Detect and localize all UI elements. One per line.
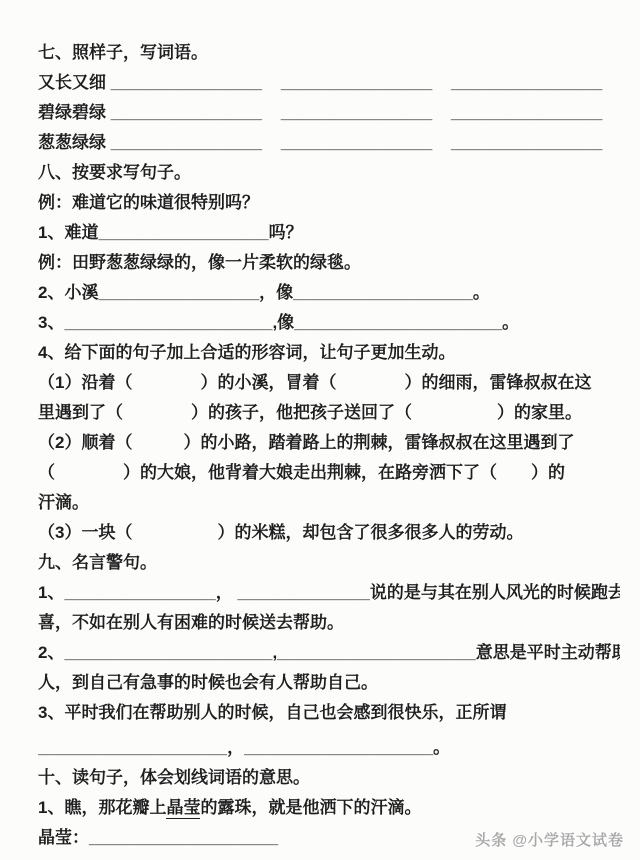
text-segment: （2）顺着（ ）的小路，踏着路上的荆棘，雷锋叔叔在这里遇到了 [38, 433, 574, 452]
s9-item-2-line-2: 人，到自己有急事的时候也会有人帮助自己。 [38, 672, 620, 694]
q4-item-1-line-2: 里遇到了（ ）的孩子，他把孩子送回了（ ）的家里。 [38, 402, 620, 424]
text-segment: 2、小溪_________________，像_________________… [38, 283, 490, 302]
text-segment: 碧绿碧绿 ________________ ________________ _… [38, 103, 602, 122]
fill-blank-1: 1、难道__________________吗？ [38, 222, 620, 244]
word-pattern-row-1: 又长又细 ________________ ________________ _… [38, 72, 620, 94]
text-segment: 十、读句子，体会划线词语的意思。 [38, 768, 310, 787]
section-7-heading: 七、照样子，写词语。 [38, 42, 620, 64]
text-segment: 例：难道它的味道很特别吗？ [38, 193, 259, 212]
text-segment: 喜，不如在别人有困难的时候送去帮助。 [38, 613, 344, 632]
worksheet-body: 七、照样子，写词语。又长又细 ________________ ________… [38, 42, 620, 849]
text-segment: 3、平时我们在帮助别人的时候，自己也会感到很快乐，正所谓 [38, 703, 506, 722]
text-segment: 汗滴。 [38, 493, 89, 512]
word-pattern-row-2: 碧绿碧绿 ________________ ________________ _… [38, 102, 620, 124]
s9-item-3-line-1: 3、平时我们在帮助别人的时候，自己也会感到很快乐，正所谓 [38, 702, 620, 724]
worksheet-page: 七、照样子，写词语。又长又细 ________________ ________… [0, 0, 640, 857]
example-sentence-1: 例：难道它的味道很特别吗？ [38, 192, 620, 214]
text-segment: 的露珠，就是他洒下的汗滴。 [200, 798, 421, 817]
s9-item-1-line-1: 1、________________， ______________说的是与其在… [38, 582, 620, 604]
s9-item-2-line-1: 2、______________________,_______________… [38, 642, 620, 664]
text-segment: （1）沿着（ ）的小溪，冒着（ ）的细雨，雷锋叔叔在这 [38, 373, 591, 392]
q4-item-2-line-1: （2）顺着（ ）的小路，踏着路上的荆棘，雷锋叔叔在这里遇到了 [38, 432, 620, 454]
text-segment: ____________________，___________________… [38, 738, 450, 757]
word-pattern-row-3: 葱葱绿绿 ________________ ________________ _… [38, 132, 620, 154]
text-segment: 又长又细 ________________ ________________ _… [38, 73, 602, 92]
text-segment: 八、按要求写句子。 [38, 163, 191, 182]
example-sentence-2: 例：田野葱葱绿绿的，像一片柔软的绿毯。 [38, 252, 620, 274]
section-9-heading: 九、名言警句。 [38, 552, 620, 574]
text-segment: （3）一块（ ）的米糕，却包含了很多很多人的劳动。 [38, 523, 523, 542]
text-segment: 4、给下面的句子加上合适的形容词，让句子更加生动。 [38, 343, 455, 362]
watermark-text: 头条 @小学语文试卷 [475, 832, 624, 849]
text-segment: 1、瞧，那花瓣上 [38, 798, 166, 817]
section-8-heading: 八、按要求写句子。 [38, 162, 620, 184]
q4-item-1-line-1: （1）沿着（ ）的小溪，冒着（ ）的细雨，雷锋叔叔在这 [38, 372, 620, 394]
text-segment: 1、________________， ______________说的是与其在… [38, 583, 620, 602]
q4-item-2-line-2: （ ）的大娘，他背着大娘走出荆棘，在路旁洒下了（ ）的 [38, 462, 620, 484]
s10-sentence-1: 1、瞧，那花瓣上晶莹的露珠，就是他洒下的汗滴。 [38, 797, 620, 819]
text-segment: 葱葱绿绿 ________________ ________________ _… [38, 133, 602, 152]
text-segment: 1、难道__________________吗？ [38, 223, 303, 242]
text-segment: （ ）的大娘，他背着大娘走出荆棘，在路旁洒下了（ ）的 [38, 463, 565, 482]
text-segment: 晶莹：____________________ [38, 828, 278, 847]
q4-item-3: （3）一块（ ）的米糕，却包含了很多很多人的劳动。 [38, 522, 620, 544]
section-10-heading: 十、读句子，体会划线词语的意思。 [38, 767, 620, 789]
fill-blank-3: 3、______________________,像______________… [38, 312, 620, 334]
text-segment: 七、照样子，写词语。 [38, 43, 208, 62]
text-segment: 里遇到了（ ）的孩子，他把孩子送回了（ ）的家里。 [38, 403, 582, 422]
text-segment: 九、名言警句。 [38, 553, 157, 572]
fill-blank-2: 2、小溪_________________，像_________________… [38, 282, 620, 304]
text-segment: 人，到自己有急事的时候也会有人帮助自己。 [38, 673, 378, 692]
s9-item-1-line-2: 喜，不如在别人有困难的时候送去帮助。 [38, 612, 620, 634]
s9-item-3-line-2: ____________________，___________________… [38, 737, 620, 759]
q4-item-2-line-3: 汗滴。 [38, 492, 620, 514]
question-4-heading: 4、给下面的句子加上合适的形容词，让句子更加生动。 [38, 342, 620, 364]
text-segment: 例：田野葱葱绿绿的，像一片柔软的绿毯。 [38, 253, 361, 272]
text-segment: 2、______________________,_______________… [38, 643, 620, 662]
text-segment: 3、______________________,像______________… [38, 313, 519, 332]
watermark: 头条 @小学语文试卷 [475, 829, 624, 850]
underlined-word: 晶莹 [166, 798, 200, 819]
